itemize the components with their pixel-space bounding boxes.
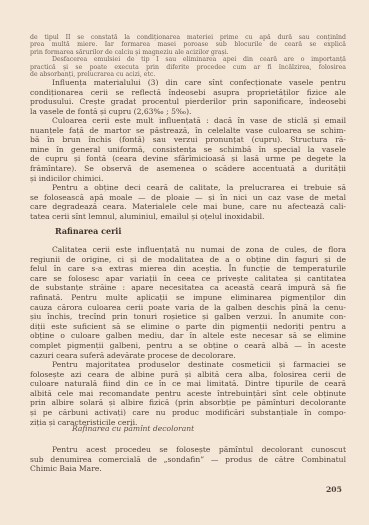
section-heading: Rafinarea cerii (55, 226, 121, 236)
subsection-heading: Rafinarea cu pămînt decolorant (72, 424, 194, 433)
text-line: folosește azi ceara de albine pură și al… (30, 370, 346, 380)
text-line: Pentru acest procedeu se folosește pămîn… (30, 445, 346, 455)
text-line: prin albire solară și albire fizică (pri… (30, 398, 346, 408)
text-line: produsului. Crește gradat procentul pier… (30, 97, 346, 107)
text-line: practică și se poate executa prin diferi… (30, 64, 346, 71)
text-line: bă în brun închis (fontă) sau verzui pro… (30, 135, 346, 145)
text-line: se folosească apă moale — de ploaie — și… (30, 193, 346, 203)
text-line: și indicilor chimici. (30, 174, 346, 184)
text-line: de cupru și fontă (ceara devine sfărîmic… (30, 154, 346, 164)
text-line: albită cele mai recomandate pentru acest… (30, 389, 346, 399)
text-line: Pentru majoritatea produselor destinate … (30, 360, 346, 370)
text-line: frămîntare). Se observă de asemenea o sc… (30, 164, 346, 174)
paragraph-quality: Pentru a obține deci ceară de calitate, … (30, 183, 346, 221)
text-line: de tipul II se constată la condiționarea… (30, 34, 346, 41)
text-line: Influența materialului (3) din care sînt… (30, 78, 346, 88)
text-line: prin formarea sărurilor de calciu și mag… (30, 49, 346, 56)
paragraph-emulsion: de tipul II se constată la condiționarea… (30, 34, 346, 78)
text-line: de substanțe străine : apare necesitatea… (30, 283, 346, 293)
text-line: șiu închis, trecînd prin tonuri roșietic… (30, 312, 346, 322)
text-line: sub denumirea comercială de „sondafin” —… (30, 455, 346, 465)
text-line: rafinată. Pentru multe aplicații se impu… (30, 293, 346, 303)
text-line: Pentru a obține deci ceară de calitate, … (30, 183, 346, 193)
text-line: condiționarea cerii se reflectă îndeoseb… (30, 88, 346, 98)
text-line: nuanțele față de martor se păstrează, în… (30, 126, 346, 136)
text-line: și pe cărbuni activați) care nu produc m… (30, 408, 346, 418)
paragraph-color: Culoarea cerii este mult influențată : d… (30, 116, 346, 183)
text-line: cauza cărora culoarea cerii poate varia … (30, 303, 346, 313)
text-line: felul în care s-a extras mierea din aceș… (30, 264, 346, 274)
text-line: tatea cerii sînt lemnul, aluminiul, emai… (30, 212, 346, 222)
text-line: prea multă miere. Iar formarea masei por… (30, 41, 346, 48)
text-line: care degradează ceara. Materialele cele … (30, 202, 346, 212)
text-line: mine în general uniformă, consistența se… (30, 145, 346, 155)
text-line: diții este suficient să se elimine o par… (30, 322, 346, 332)
paragraph-cosmetics: Pentru majoritatea produselor destinate … (30, 360, 346, 427)
text-line: regiunii de origine, ci și de modalitate… (30, 255, 346, 265)
text-line: Chimic Baia Mare. (30, 464, 346, 474)
text-line: complet pigmenții galbeni, pentru a se o… (30, 341, 346, 351)
text-line: Desfacerea emulsiei de tip I sau elimina… (30, 56, 346, 63)
paragraph-vessels: Influența materialului (3) din care sînt… (30, 78, 346, 116)
text-line: care se folosesc apar variații în ceea c… (30, 274, 346, 284)
text-line: obține o culoare galben mediu, dar în al… (30, 331, 346, 341)
text-line: Calitatea cerii este influențată nu numa… (30, 245, 346, 255)
text-line: Culoarea cerii este mult influențată : d… (30, 116, 346, 126)
text-line: cazuri ceara suferă adevărate procese de… (30, 351, 346, 361)
text-line: culoare naturală fiind din ce în ce mai … (30, 379, 346, 389)
page-number: 205 (326, 485, 342, 494)
paragraph-sondafin: Pentru acest procedeu se folosește pămîn… (30, 445, 346, 474)
text-line: la vasele de fontă și cupru (2,63‰ ; 5‰)… (30, 107, 346, 117)
paragraph-refining: Calitatea cerii este influențată nu numa… (30, 245, 346, 360)
